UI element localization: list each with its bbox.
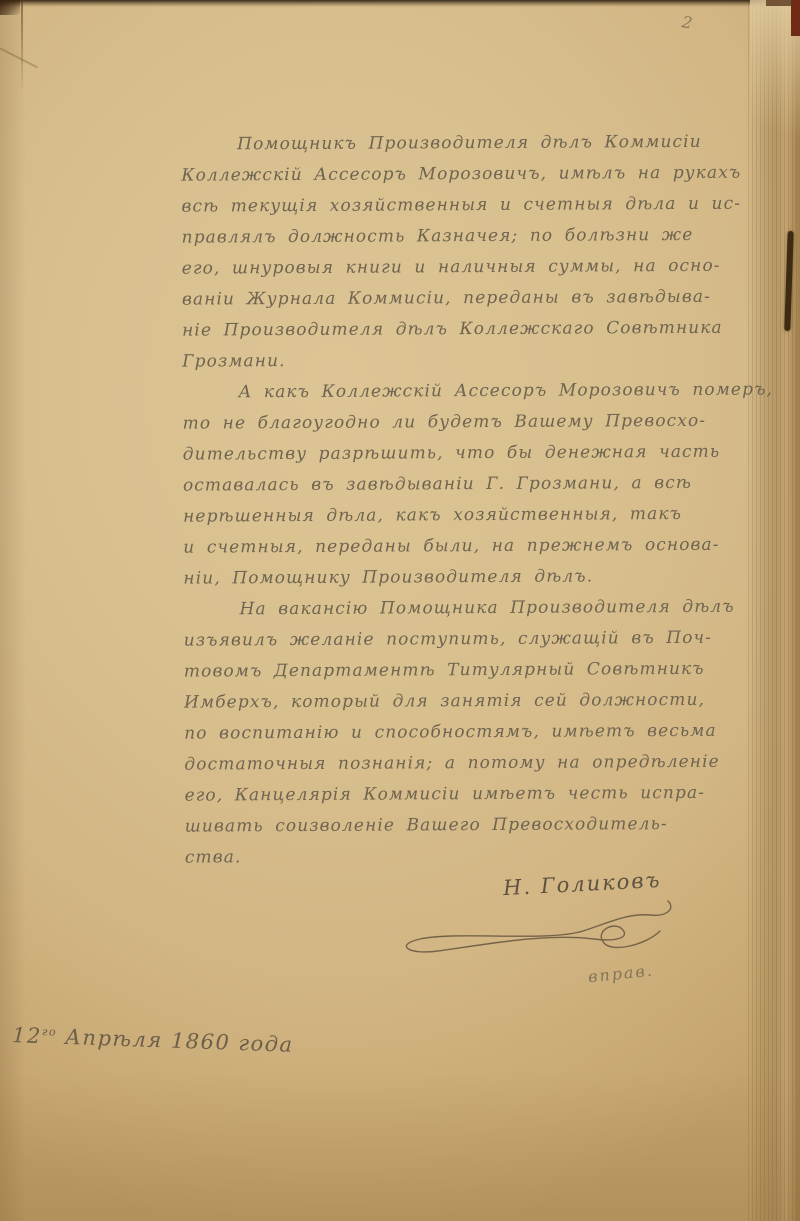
manuscript-line: оставалась въ завѣдываніи Г. Грозмани, а… — [183, 467, 789, 501]
manuscript-line: А какъ Коллежскій Ассесоръ Морозовичъ по… — [182, 374, 788, 408]
scanned-manuscript-page: 2 Помощникъ Производителя дѣлъ Коммисіи … — [0, 0, 800, 1221]
manuscript-line: всѣ текущія хозяйственныя и счетныя дѣла… — [181, 188, 787, 222]
manuscript-line: ніи, Помощнику Производителя дѣлъ. — [183, 560, 789, 594]
document-date: 12го Апрѣля 1860 года — [12, 1023, 294, 1057]
manuscript-line: изъявилъ желаніе поступить, служащій въ … — [184, 622, 790, 656]
book-cover-edge — [791, 0, 800, 36]
page-fold-crease — [21, 0, 23, 95]
signature-flourish — [398, 893, 698, 963]
manuscript-line: дительству разрѣшить, что бы денежная ча… — [183, 436, 789, 470]
manuscript-line: его, Канцелярія Коммисіи имѣетъ честь ис… — [184, 777, 790, 811]
manuscript-line: ваніи Журнала Коммисіи, переданы въ завѣ… — [182, 281, 788, 315]
page-bottom-shading — [0, 1071, 800, 1221]
page-number: 2 — [680, 12, 693, 32]
manuscript-line: его, шнуровыя книги и наличныя суммы, на… — [182, 250, 788, 284]
page-top-left-corner — [0, 0, 20, 15]
manuscript-line: товомъ Департаментѣ Титулярный Совѣтникъ — [184, 653, 790, 687]
page-top-edge-shadow — [0, 0, 800, 7]
manuscript-line: то не благоугодно ли будетъ Вашему Прево… — [183, 405, 789, 439]
manuscript-line: Коллежскій Ассесоръ Морозовичъ, имѣлъ на… — [181, 157, 787, 191]
date-day: 12 — [12, 1023, 43, 1048]
manuscript-line: по воспитанію и способностямъ, имѣетъ ве… — [184, 715, 790, 749]
manuscript-text-block: Помощникъ Производителя дѣлъ Коммисіи Ко… — [181, 126, 791, 873]
book-cover-edge-top — [766, 0, 792, 6]
manuscript-line: шивать соизволеніе Вашего Превосходитель… — [185, 808, 791, 842]
manuscript-line: ніе Производителя дѣлъ Коллежскаго Совѣт… — [182, 312, 788, 346]
manuscript-line: На вакансію Помощника Производителя дѣлъ — [183, 591, 789, 625]
manuscript-line: ства. — [185, 839, 791, 873]
manuscript-line: Имберхъ, который для занятія сей должнос… — [184, 684, 790, 718]
date-ordinal-suffix: го — [42, 1025, 58, 1039]
pencil-annotation: вправ. — [587, 961, 654, 987]
manuscript-line: правлялъ должность Казначея; по болѣзни … — [182, 219, 788, 253]
manuscript-line: нерѣшенныя дѣла, какъ хозяйственныя, так… — [183, 498, 789, 532]
manuscript-line: Помощникъ Производителя дѣлъ Коммисіи — [181, 126, 787, 160]
date-month-year: Апрѣля 1860 года — [57, 1025, 294, 1057]
manuscript-line: достаточныя познанія; а потому на опредѣ… — [184, 746, 790, 780]
manuscript-line: Грозмани. — [182, 343, 788, 377]
manuscript-line: и счетныя, переданы были, на прежнемъ ос… — [183, 529, 789, 563]
